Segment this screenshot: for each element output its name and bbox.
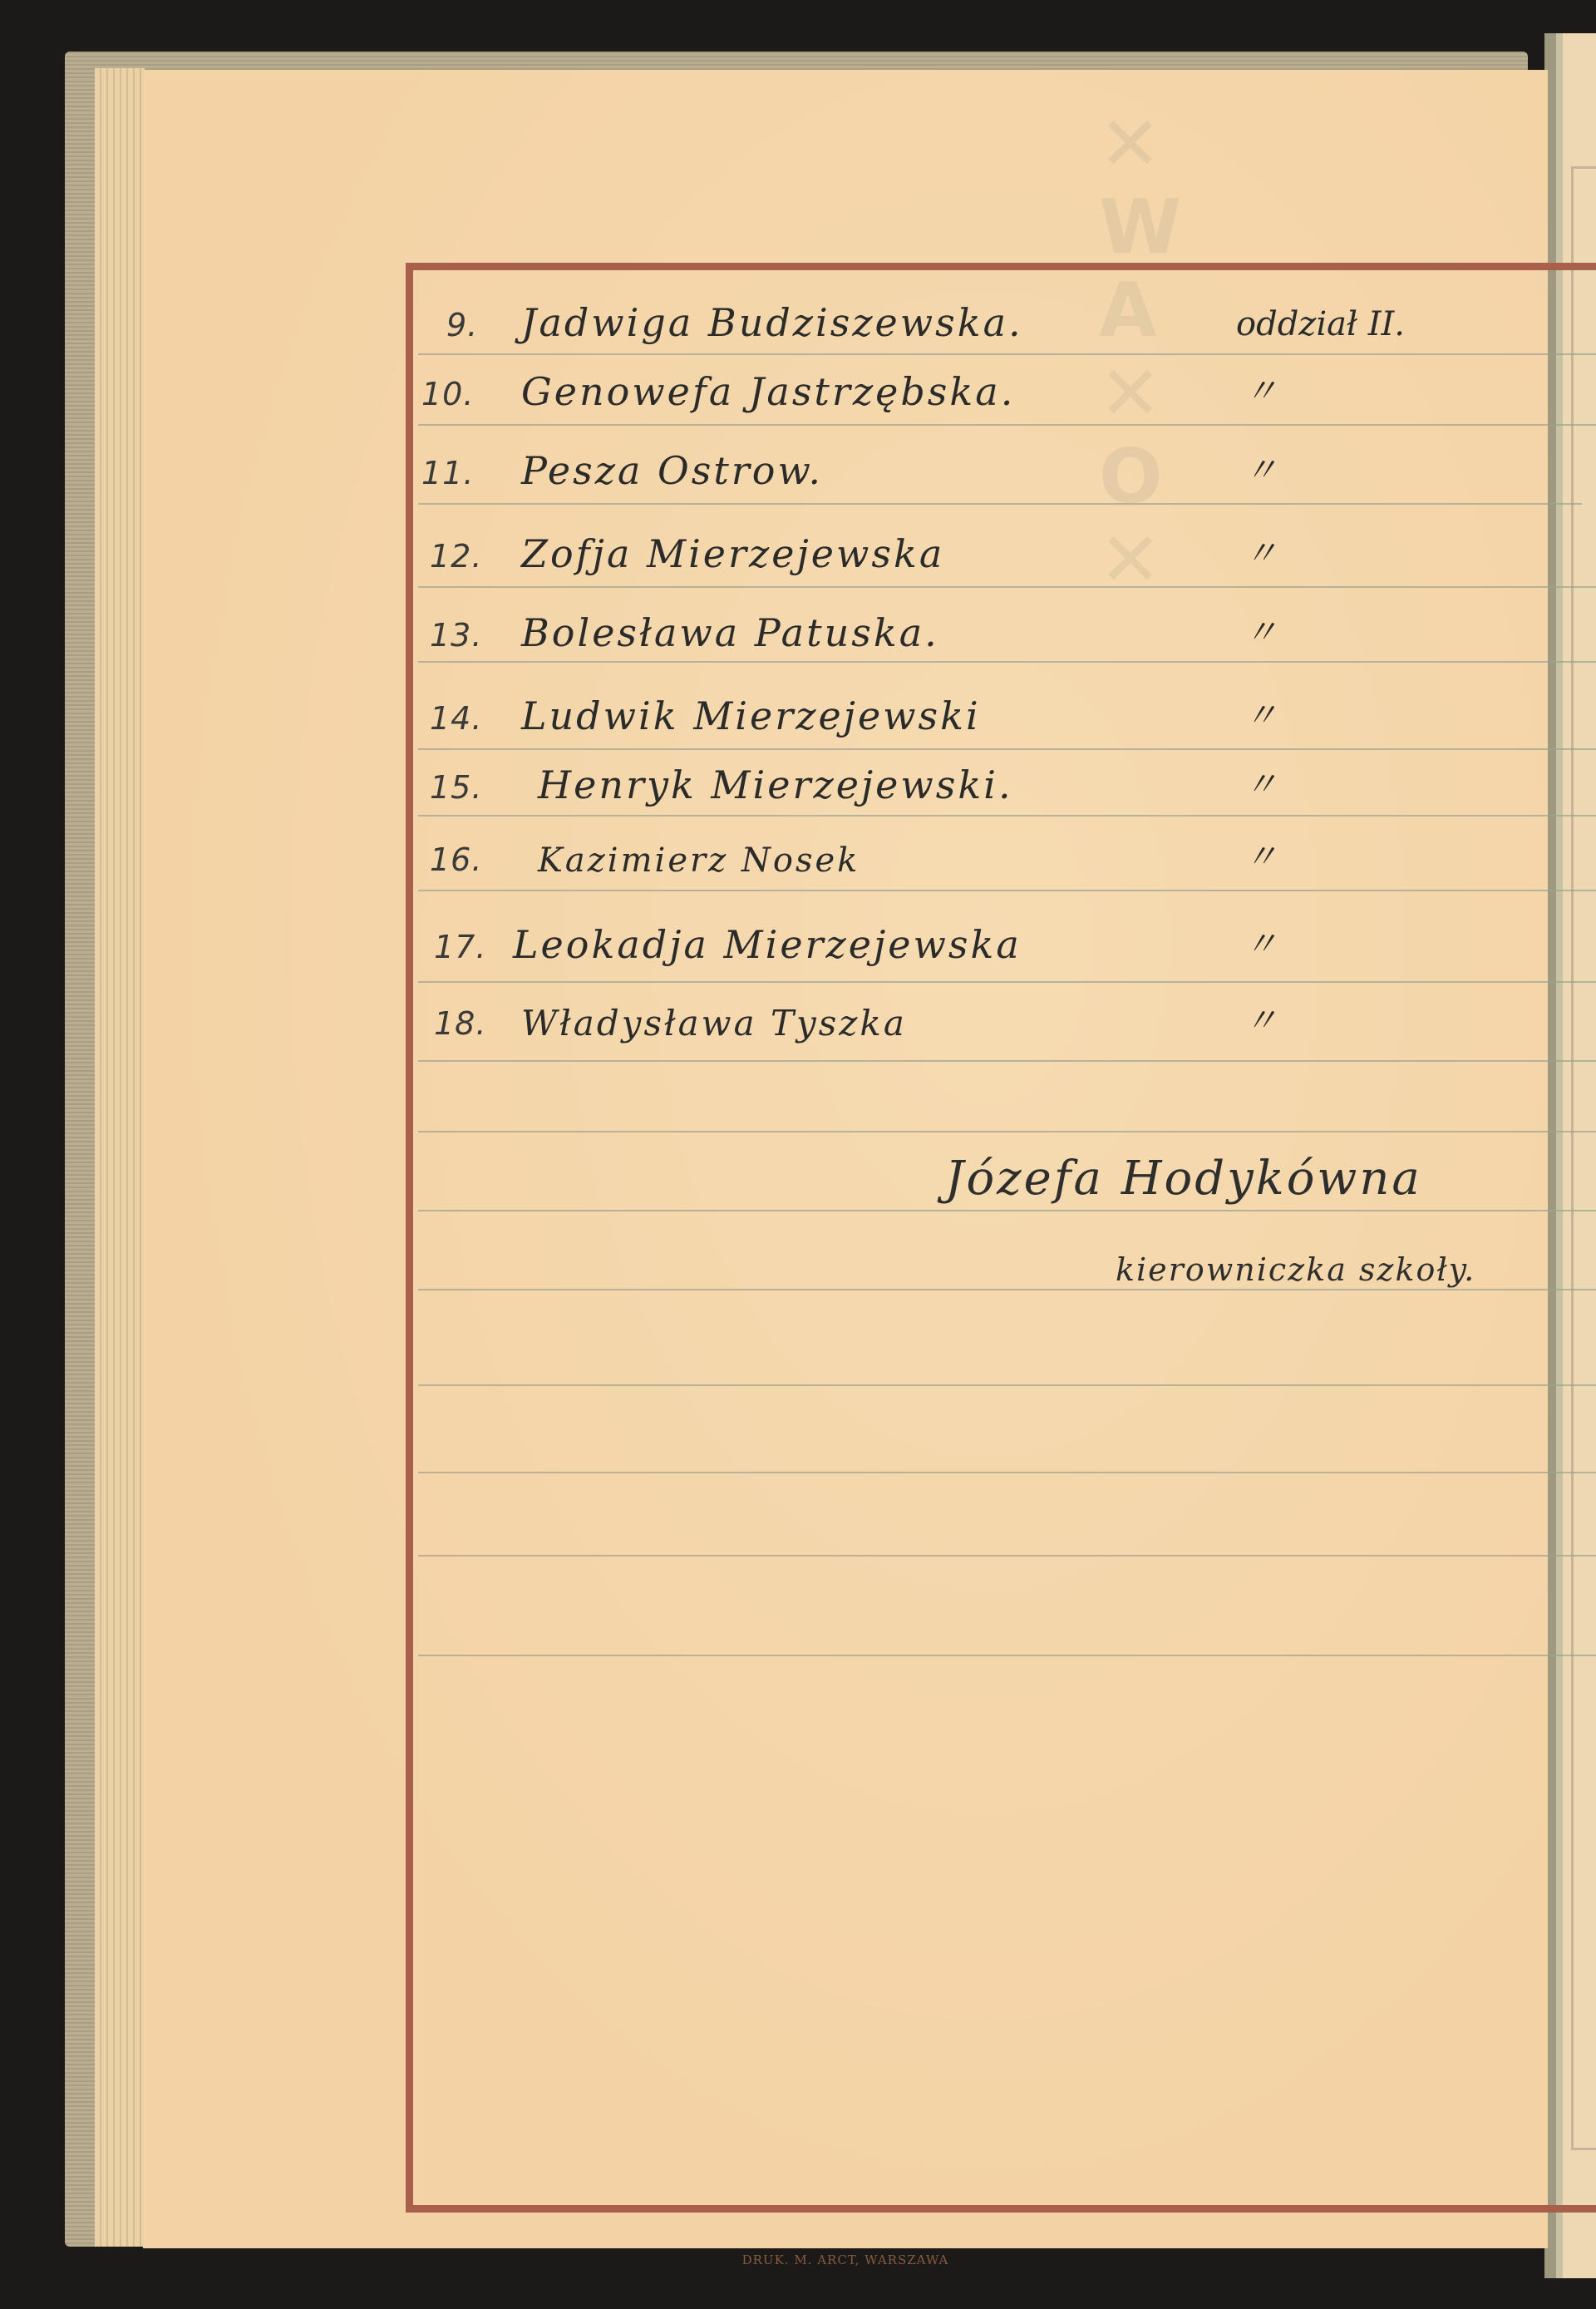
entry-class: 〃 xyxy=(1244,831,1278,878)
entry-name: Leokadja Mierzejewska xyxy=(513,922,1022,967)
list-item: 14. Ludwik Mierzejewski 〃 xyxy=(413,682,1596,748)
list-item: 13. Bolesława Patuska. 〃 xyxy=(413,599,1596,665)
entry-name: Pesza Ostrow. xyxy=(521,448,823,493)
entry-number: 15. xyxy=(430,769,482,806)
ruled-line xyxy=(418,1384,1596,1386)
printer-imprint: DRUK. M. ARCT, WARSZAWA xyxy=(143,2252,1548,2267)
entry-class: 〃 xyxy=(1244,365,1278,412)
ruled-line xyxy=(418,586,1596,588)
ruled-line xyxy=(418,1060,1596,1062)
signature-role: kierowniczka szkoły. xyxy=(1116,1251,1475,1288)
page-stack-edge xyxy=(95,68,145,2247)
entry-name: Genowefa Jastrzębska. xyxy=(521,369,1015,414)
entry-class: 〃 xyxy=(1244,758,1278,806)
entry-number: 14. xyxy=(430,700,482,737)
list-item: 15. Henryk Mierzejewski. 〃 xyxy=(413,751,1596,817)
entry-number: 9. xyxy=(446,307,478,343)
ruled-line xyxy=(418,1289,1596,1290)
ruled-line xyxy=(418,748,1596,750)
entry-number: 10. xyxy=(421,376,474,412)
entry-class: 〃 xyxy=(1244,689,1278,737)
ruled-line xyxy=(418,1555,1596,1557)
list-item: 17. Leokadja Mierzejewska 〃 xyxy=(413,910,1596,977)
ruled-line xyxy=(418,1210,1596,1211)
signature-name: Józefa Hodykówna xyxy=(945,1152,1422,1206)
entry-number: 17. xyxy=(434,929,486,965)
entry-class: oddział II. xyxy=(1236,305,1405,343)
list-item: 18. Władysława Tyszka 〃 xyxy=(413,987,1596,1053)
entry-number: 16. xyxy=(430,841,482,878)
entry-class: 〃 xyxy=(1244,527,1278,575)
entry-class: 〃 xyxy=(1244,606,1278,654)
ruled-line xyxy=(418,424,1596,426)
register-page: ✕WA✕O✕ 9. Jadwiga Budziszewska. oddział … xyxy=(143,70,1548,2248)
ruled-line xyxy=(418,503,1582,505)
entry-class: 〃 xyxy=(1244,994,1278,1042)
entry-name: Bolesława Patuska. xyxy=(521,610,939,655)
entry-name: Ludwik Mierzejewski xyxy=(521,693,981,738)
entry-class: 〃 xyxy=(1244,444,1278,491)
list-item: 10. Genowefa Jastrzębska. 〃 xyxy=(413,358,1596,424)
entry-name: Władysława Tyszka xyxy=(521,1003,907,1043)
ruled-line xyxy=(418,1131,1596,1132)
list-item: 16. Kazimierz Nosek 〃 xyxy=(413,823,1596,890)
entry-name: Jadwiga Budziszewska. xyxy=(521,300,1023,345)
entry-name: Henryk Mierzejewski. xyxy=(538,762,1013,807)
entry-class: 〃 xyxy=(1244,918,1278,965)
ruled-line xyxy=(418,890,1596,891)
entry-number: 18. xyxy=(434,1005,486,1042)
ruled-line xyxy=(418,1655,1596,1656)
entry-number: 13. xyxy=(430,617,482,654)
entry-number: 12. xyxy=(430,538,482,575)
list-item: 11. Pesza Ostrow. 〃 xyxy=(413,437,1596,503)
ruled-line xyxy=(418,981,1596,983)
entry-number: 11. xyxy=(421,455,474,491)
page-frame-border: 9. Jadwiga Budziszewska. oddział II. 10.… xyxy=(406,263,1596,2213)
list-item: 12. Zofja Mierzejewska 〃 xyxy=(413,520,1596,586)
list-item: 9. Jadwiga Budziszewska. oddział II. xyxy=(413,289,1596,355)
entry-name: Kazimierz Nosek xyxy=(538,841,860,880)
entry-name: Zofja Mierzejewska xyxy=(521,531,944,576)
ruled-line xyxy=(418,1472,1596,1473)
